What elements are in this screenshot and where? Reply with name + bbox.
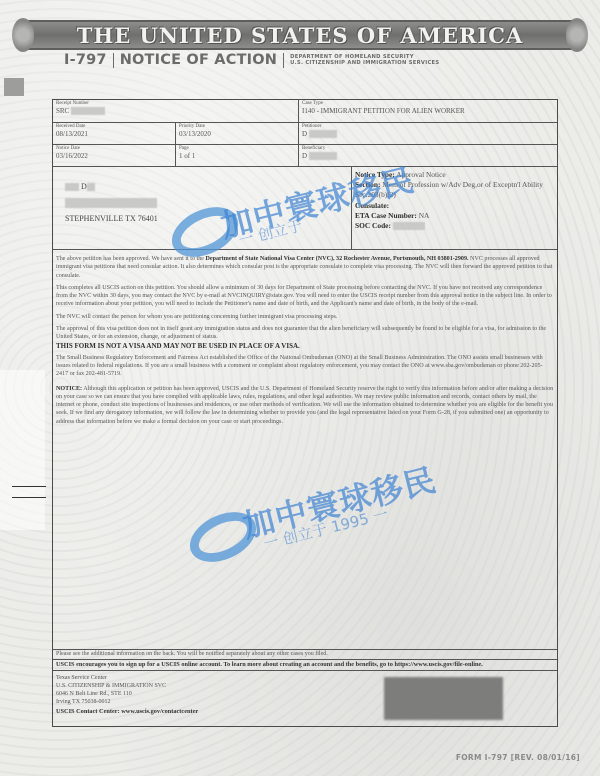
priority-date-value: 03/13/2020 (179, 130, 295, 139)
form-header: I-797 NOTICE OF ACTION DEPARTMENT OF HOM… (64, 52, 439, 68)
form-footer: Please see the additional information on… (53, 649, 557, 735)
divider (113, 53, 114, 68)
notice-date-value: 03/16/2022 (56, 152, 172, 161)
form-id: I-797 (64, 52, 107, 68)
priority-date-cell: Priority Date 03/13/2020 (176, 123, 299, 145)
paragraph-approval: The above petition has been approved. We… (56, 255, 554, 280)
not-a-visa-warning: THIS FORM IS NOT A VISA AND MAY NOT BE U… (56, 342, 554, 350)
section: Section: Mem of Profession w/Adv Deg,or … (355, 180, 554, 200)
back-info-note: Please see the additional information on… (53, 650, 557, 660)
service-center-address: Texas Service Center U.S. CITIZENSHIP & … (53, 671, 557, 735)
consulate: Consulate: (355, 201, 554, 211)
beneficiary-cell: Beneficiary D (299, 145, 557, 167)
received-date-cell: Received Date 08/13/2021 (53, 123, 176, 145)
notice-type: Notice Type: Approval Notice (355, 170, 554, 180)
paragraph-nvc-contact: The NVC will contact the person for whom… (56, 313, 554, 321)
department-line-2: U.S. CITIZENSHIP AND IMMIGRATION SERVICE… (290, 60, 439, 66)
corner-marker (4, 78, 24, 96)
mailing-address: D STEPHENVILLE TX 76401 (53, 167, 351, 250)
notice-date-cell: Notice Date 03/16/2022 (53, 145, 176, 167)
barcode-redacted (384, 677, 503, 720)
paragraph-uscis-action: This completes all USCIS action on this … (56, 284, 554, 309)
notice-details: Notice Type: Approval Notice Section: Me… (351, 167, 557, 250)
divider (283, 53, 284, 68)
department: DEPARTMENT OF HOMELAND SECURITY U.S. CIT… (290, 54, 439, 66)
beneficiary-value: D (302, 152, 554, 161)
received-date-value: 08/13/2021 (56, 130, 172, 139)
page-value: 1 of 1 (179, 152, 295, 161)
eta-case-number: ETA Case Number: NA (355, 211, 554, 221)
case-type-cell: Case Type I140 - IMMIGRANT PETITION FOR … (299, 100, 557, 123)
street-address-redacted (65, 197, 351, 213)
page-cell: Page 1 of 1 (176, 145, 299, 167)
soc-code: SOC Code: (355, 221, 554, 231)
margin-line (12, 486, 46, 487)
receipt-number-value: SRC (56, 107, 295, 116)
petitioner-cell: Petitioner D (299, 123, 557, 145)
paragraph-status-disclaimer: The approval of this visa petition does … (56, 325, 554, 342)
notice-form: Receipt Number SRC Case Type I140 - IMMI… (52, 99, 558, 727)
banner-title: THE UNITED STATES OF AMERICA (77, 23, 524, 48)
petitioner-value: D (302, 130, 554, 139)
banner: THE UNITED STATES OF AMERICA (24, 20, 576, 50)
online-account-note: USCIS encourages you to sign up for a US… (53, 660, 557, 671)
form-revision: FORM I-797 [REV. 08/01/16] (456, 753, 580, 762)
addressee-name: D (65, 181, 351, 197)
city-state-zip: STEPHENVILLE TX 76401 (65, 213, 351, 229)
form-title: NOTICE OF ACTION (120, 52, 277, 68)
case-type-value: I140 - IMMIGRANT PETITION FOR ALIEN WORK… (302, 107, 554, 116)
paragraph-notice: NOTICE: Although this application or pet… (56, 385, 554, 426)
margin-line (12, 497, 46, 498)
notice-body: The above petition has been approved. We… (53, 251, 557, 434)
left-margin-strip (0, 370, 45, 530)
receipt-number-cell: Receipt Number SRC (53, 100, 299, 123)
paragraph-ombudsman: The Small Business Regulatory Enforcemen… (56, 354, 554, 379)
